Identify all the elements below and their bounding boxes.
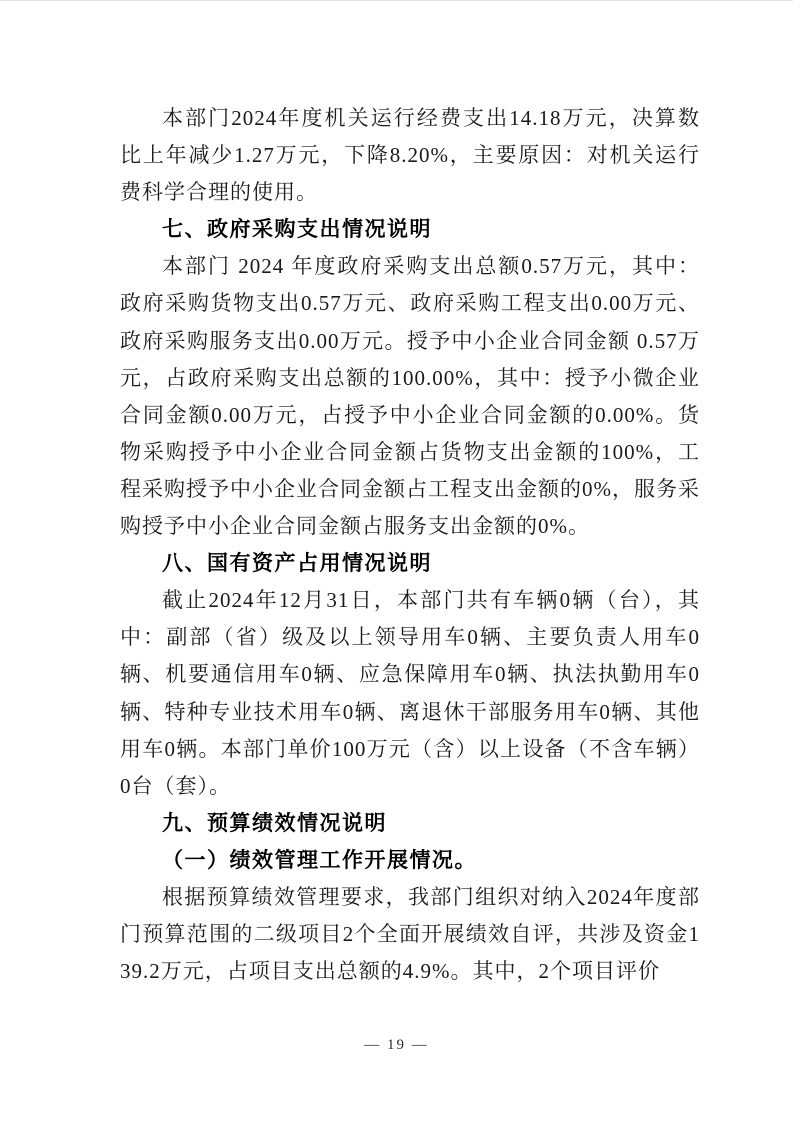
document-page: 本部门2024年度机关运行经费支出14.18万元，决算数比上年减少1.27万元，…	[0, 0, 793, 1122]
page-number: — 19 —	[364, 1037, 429, 1053]
section-heading: 七、政府采购支出情况说明	[120, 211, 700, 248]
document-body: 本部门2024年度机关运行经费支出14.18万元，决算数比上年减少1.27万元，…	[120, 100, 700, 990]
paragraph: 本部门2024年度机关运行经费支出14.18万元，决算数比上年减少1.27万元，…	[120, 100, 700, 211]
section-heading: 八、国有资产占用情况说明	[120, 545, 700, 582]
section-heading: 九、预算绩效情况说明	[120, 805, 700, 842]
paragraph: 根据预算绩效管理要求，我部门组织对纳入2024年度部门预算范围的二级项目2个全面…	[120, 879, 700, 990]
paragraph: 截止2024年12月31日，本部门共有车辆0辆（台），其中：副部（省）级及以上领…	[120, 582, 700, 805]
sub-section-heading: （一）绩效管理工作开展情况。	[120, 842, 700, 879]
paragraph: 本部门 2024 年度政府采购支出总额0.57万元，其中：政府采购货物支出0.5…	[120, 248, 700, 545]
page-footer: — 19 —	[0, 1037, 793, 1054]
